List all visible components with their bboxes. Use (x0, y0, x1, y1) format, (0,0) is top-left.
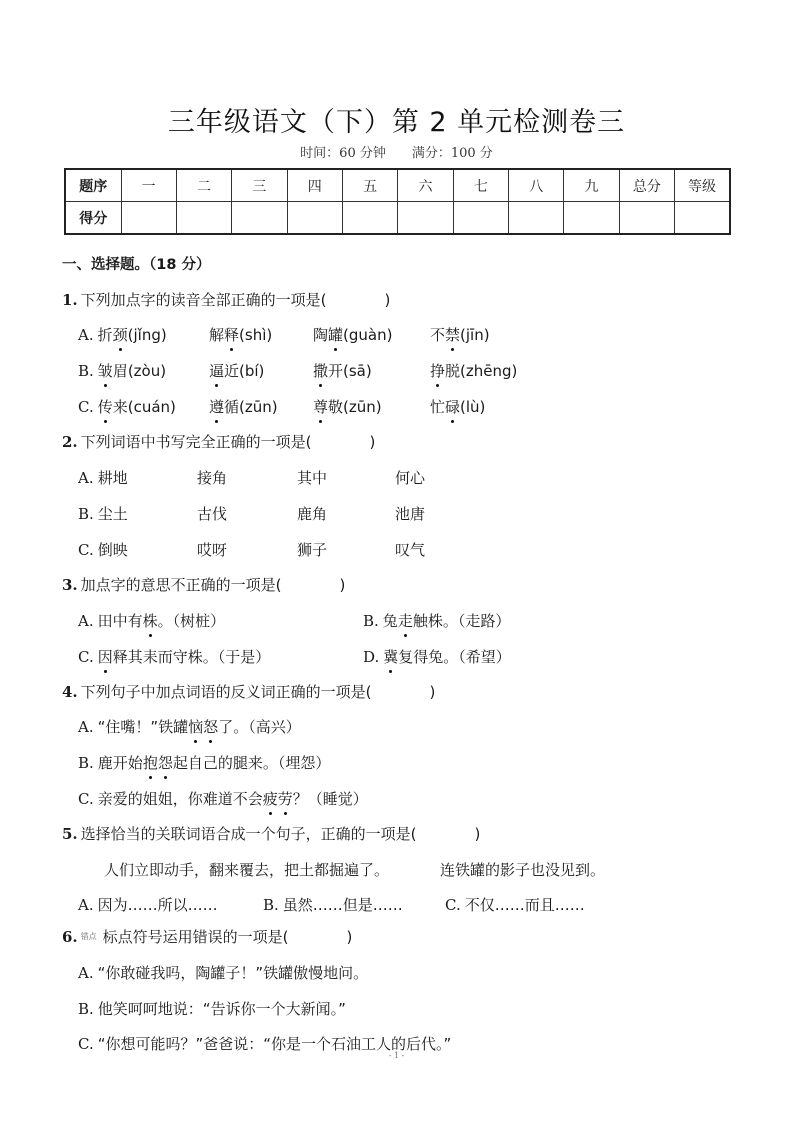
q2-word: 接角 (197, 467, 227, 488)
question-stem: 加点字的意思不正确的一项是( (81, 576, 282, 594)
question-stem: 选择恰当的关联词语合成一个句子，正确的一项是( (81, 825, 417, 843)
q1-option-c-item: 尊敬(zūn) (313, 396, 382, 417)
col-header: 七 (453, 169, 508, 202)
q2-option-b[interactable]: B.尘土 (78, 503, 128, 524)
q2-option-c[interactable]: C.倒映 (78, 539, 128, 560)
col-header: 八 (509, 169, 564, 202)
q5-option-a[interactable]: A.因为……所以…… (78, 894, 218, 915)
full-score: 满分：100 分 (412, 146, 493, 161)
row-label-question-order: 题序 (65, 169, 121, 202)
score-cell[interactable] (121, 202, 176, 235)
col-header: 五 (342, 169, 397, 202)
q1-option-c-item: 遵循(zūn) (209, 396, 278, 417)
q2-word: 古伐 (197, 503, 227, 524)
page-title: 三年级语文（下）第 2 单元检测卷三 (0, 100, 793, 139)
exam-meta: 时间：60 分钟满分：100 分 (0, 142, 793, 161)
col-header: 等级 (675, 169, 730, 202)
error-prone-badge: 错点 (81, 931, 97, 942)
q4-option-c[interactable]: C.亲爱的姐姐，你难道不会疲劳？（睡觉） (78, 788, 368, 809)
score-cell[interactable] (509, 202, 564, 235)
q1-option-a-item: 陶罐(guàn) (313, 324, 392, 345)
q2-word: 鹿角 (297, 503, 327, 524)
q5-sentence-part2: 连铁罐的影子也没见到。 (440, 859, 605, 880)
q3-option-d[interactable]: D.冀复得兔。（希望） (363, 646, 511, 667)
time-limit: 时间：60 分钟 (300, 146, 386, 161)
q5-sentence-part1: 人们立即动手，翻来覆去，把土都掘遍了。 (104, 859, 389, 880)
q4-option-a[interactable]: A.“住嘴！”铁罐恼怒了。（高兴） (78, 716, 301, 737)
col-header: 四 (287, 169, 342, 202)
q2-word: 哎呀 (197, 539, 227, 560)
score-cell[interactable] (453, 202, 508, 235)
q3-option-b[interactable]: B.兔走触株。（走路） (363, 610, 510, 631)
col-header: 三 (232, 169, 287, 202)
col-header: 二 (176, 169, 231, 202)
question-4: 4.下列句子中加点词语的反义词正确的一项是() (62, 681, 435, 702)
score-cell[interactable] (398, 202, 453, 235)
q1-option-b-item: 逼近(bí) (209, 360, 264, 381)
q2-word: 其中 (297, 467, 327, 488)
score-cell[interactable] (675, 202, 730, 235)
question-stem: 下列句子中加点词语的反义词正确的一项是( (81, 683, 372, 701)
q6-option-b[interactable]: B.他笑呵呵地说：“告诉你一个大新闻。” (78, 998, 346, 1019)
q3-option-a[interactable]: A.田中有株。（树桩） (78, 610, 225, 631)
page-number: - 1 - (0, 1051, 793, 1060)
q1-option-b-item: 挣脱(zhēng) (430, 360, 517, 381)
q2-word: 狮子 (297, 539, 327, 560)
question-1: 1.下列加点字的读音全部正确的一项是() (62, 289, 390, 310)
score-cell[interactable] (619, 202, 674, 235)
q6-option-a[interactable]: A.“你敢碰我吗，陶罐子！”铁罐傲慢地问。 (78, 962, 368, 983)
question-3: 3.加点字的意思不正确的一项是() (62, 574, 345, 595)
col-header: 九 (564, 169, 619, 202)
col-header: 总分 (619, 169, 674, 202)
score-cell[interactable] (342, 202, 397, 235)
question-stem: 标点符号运用错误的一项是( (103, 928, 289, 946)
q2-word: 池唐 (395, 503, 425, 524)
question-stem: 下列加点字的读音全部正确的一项是( (81, 291, 327, 309)
question-stem: 下列词语中书写完全正确的一项是( (81, 433, 312, 451)
score-cell[interactable] (287, 202, 342, 235)
score-table-header-row: 题序 一 二 三 四 五 六 七 八 九 总分 等级 (65, 169, 730, 202)
q1-option-a-item: 解释(shì) (209, 324, 272, 345)
col-header: 六 (398, 169, 453, 202)
q3-option-c[interactable]: C.因释其耒而守株。（于是） (78, 646, 270, 667)
q4-option-b[interactable]: B.鹿开始抱怨起自己的腿来。（埋怨） (78, 752, 330, 773)
q1-option-c[interactable]: C.传来(cuán) (78, 396, 176, 417)
q1-option-a[interactable]: A.折颈(jǐng) (78, 324, 167, 345)
question-6: 6.错点标点符号运用错误的一项是() (62, 926, 352, 947)
score-cell[interactable] (232, 202, 287, 235)
score-cell[interactable] (564, 202, 619, 235)
q2-option-a[interactable]: A.耕地 (78, 467, 128, 488)
q1-option-a-item: 不禁(jīn) (430, 324, 490, 345)
score-table-score-row: 得分 (65, 202, 730, 235)
q2-word: 何心 (395, 467, 425, 488)
score-table: 题序 一 二 三 四 五 六 七 八 九 总分 等级 得分 (64, 168, 731, 235)
score-cell[interactable] (176, 202, 231, 235)
q1-option-b[interactable]: B.皱眉(zòu) (78, 360, 166, 381)
question-5: 5.选择恰当的关联词语合成一个句子，正确的一项是() (62, 823, 480, 844)
question-number: 1. (62, 291, 78, 309)
question-2: 2.下列词语中书写完全正确的一项是() (62, 431, 375, 452)
q1-option-b-item: 撒开(sā) (313, 360, 372, 381)
q5-option-c[interactable]: C.不仅……而且…… (445, 894, 585, 915)
q1-option-c-item: 忙碌(lù) (430, 396, 485, 417)
row-label-score: 得分 (65, 202, 121, 235)
q2-word: 叹气 (395, 539, 425, 560)
section-heading: 一、选择题。（18 分） (62, 253, 210, 274)
q5-option-b[interactable]: B.虽然……但是…… (263, 894, 403, 915)
col-header: 一 (121, 169, 176, 202)
